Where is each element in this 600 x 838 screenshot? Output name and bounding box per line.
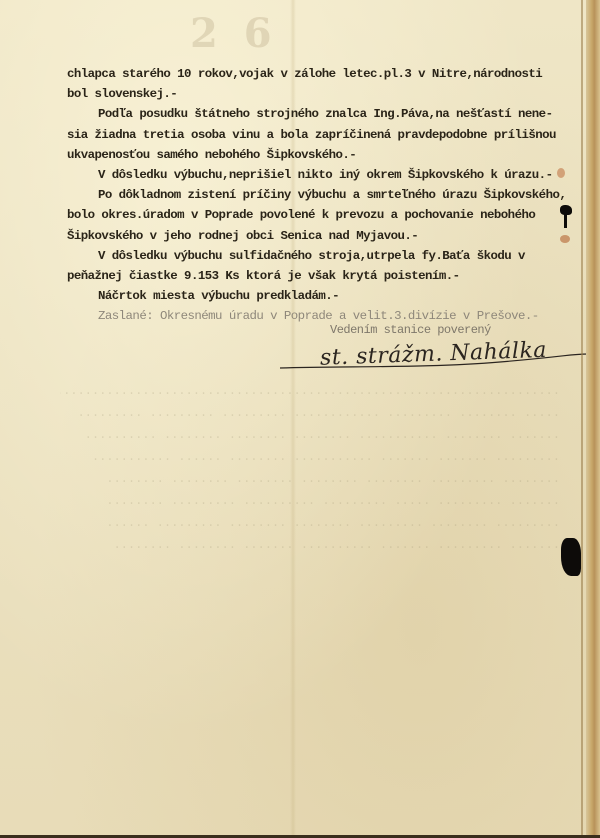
ink-blot-large: [561, 538, 581, 576]
body-line-10: V dôsledku výbuchu sulfidačného stroja,u…: [67, 246, 587, 266]
body-line-3: Podľa posudku štátneho strojného znalca …: [67, 104, 587, 124]
body-line-8: bolo okres.úradom v Poprade povolené k p…: [67, 205, 587, 225]
body-line-2: bol slovenskej.-: [67, 84, 587, 104]
typed-letter-body: chlapca starého 10 rokov,vojak v zálohe …: [67, 64, 587, 326]
body-line-11: peňažnej čiastke 9.153 Ks ktorá je však …: [67, 266, 587, 286]
body-line-4: sia žiadna tretia osoba vinu a bola zapr…: [67, 125, 587, 145]
body-line-5: ukvapenosťou samého nebohého Šipkovského…: [67, 145, 587, 165]
document-page: 2 6 ....................................…: [0, 0, 600, 838]
body-line-1: chlapca starého 10 rokov,vojak v zálohe …: [67, 64, 587, 84]
rust-stain-2: [560, 235, 570, 243]
rust-stain: [557, 168, 565, 178]
body-line-9: Šipkovského v jeho rodnej obci Senica na…: [67, 226, 587, 246]
body-line-6: V dôsledku výbuchu,neprišiel nikto iný o…: [67, 165, 587, 185]
signature-flourish: [270, 352, 590, 372]
ink-blot-top-stem: [564, 214, 567, 228]
bleed-through-text: ........................................…: [60, 380, 560, 556]
body-line-7: Po dôkladnom zistení príčiny výbuchu a s…: [67, 185, 587, 205]
binding-line: [581, 0, 583, 838]
page-edge-right: [586, 0, 600, 838]
faint-stamp-mark: 2 6: [190, 10, 310, 50]
body-line-12: Náčrtok miesta výbuchu predkladám.-: [67, 286, 587, 306]
signature-label: Vedením stanice poverený: [330, 323, 590, 337]
